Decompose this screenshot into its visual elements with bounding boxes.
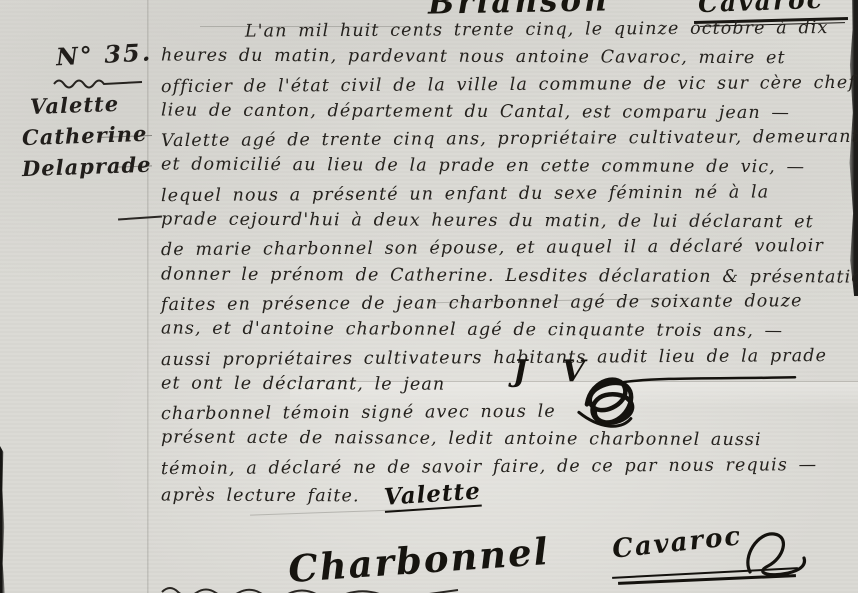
margin-child-firstname: Catherine	[21, 118, 147, 153]
act-number: N° 35.	[55, 38, 147, 72]
act-text-line: faites en présence de jean charbonnel ag…	[161, 288, 851, 320]
act-text-line: prade cejourd'hui à deux heures du matin…	[161, 207, 851, 237]
act-text-line: donner le prénom de Catherine. Lesdites …	[161, 261, 851, 291]
act-text-line: charbonnel témoin signé avec nous le	[161, 397, 851, 429]
act-text: L'an mil huit cents trente cinq, le quin…	[161, 17, 851, 508]
act-text-line: présent acte de naissance, ledit antoine…	[161, 425, 851, 455]
vertical-fold-line	[147, 0, 149, 593]
scanned-register-page: N° 35. Valette Catherine Delaprade Brian…	[0, 0, 858, 593]
act-text-line: de marie charbonnel son épouse, et auque…	[161, 233, 851, 265]
signature-valette: Valette	[384, 478, 483, 514]
act-text-line: Valette agé de trente cinq ans, propriét…	[161, 124, 851, 156]
signature-cavaroc-bottom: Cavaroc	[611, 521, 744, 564]
act-text-line: officier de l'état civil de la ville la …	[161, 69, 851, 101]
page-edge-shadow-left	[0, 446, 6, 593]
act-text-line: lieu de canton, département du Cantal, e…	[161, 97, 851, 127]
act-text-line: après lecture faite.	[161, 486, 360, 507]
margin-annotation: N° 35. Valette Catherine Delaprade	[22, 40, 147, 182]
act-text-line: et domicilié au lieu de la prade en cett…	[161, 152, 851, 182]
cavaroc-paraph-flourish	[740, 528, 810, 580]
margin-child-placename: Delaprade	[21, 149, 147, 184]
margin-child-surname: Valette	[29, 87, 147, 122]
act-text-line: ans, et d'antoine charbonnel agé de cinq…	[161, 316, 851, 346]
act-text-line: lequel nous a présenté un enfant du sexe…	[161, 179, 851, 211]
act-text-line: heures du matin, pardevant nous antoine …	[161, 43, 851, 73]
act-text-line: L'an mil huit cents trente cinq, le quin…	[161, 15, 851, 47]
margin-underline-flourish	[118, 215, 162, 220]
ruled-line	[250, 509, 400, 515]
act-text-line: témoin, a déclaré ne de savoir faire, de…	[161, 452, 851, 484]
signature-charbonnel: Charbonnel	[287, 529, 551, 591]
act-text-line-with-signature: après lecture faite. Valette	[161, 480, 851, 510]
cutoff-writing-fragment	[160, 584, 460, 593]
act-text-line-with-marks: et ont le déclarant, le jean J V	[161, 370, 851, 400]
act-text-line: et ont le déclarant, le jean	[161, 373, 445, 394]
